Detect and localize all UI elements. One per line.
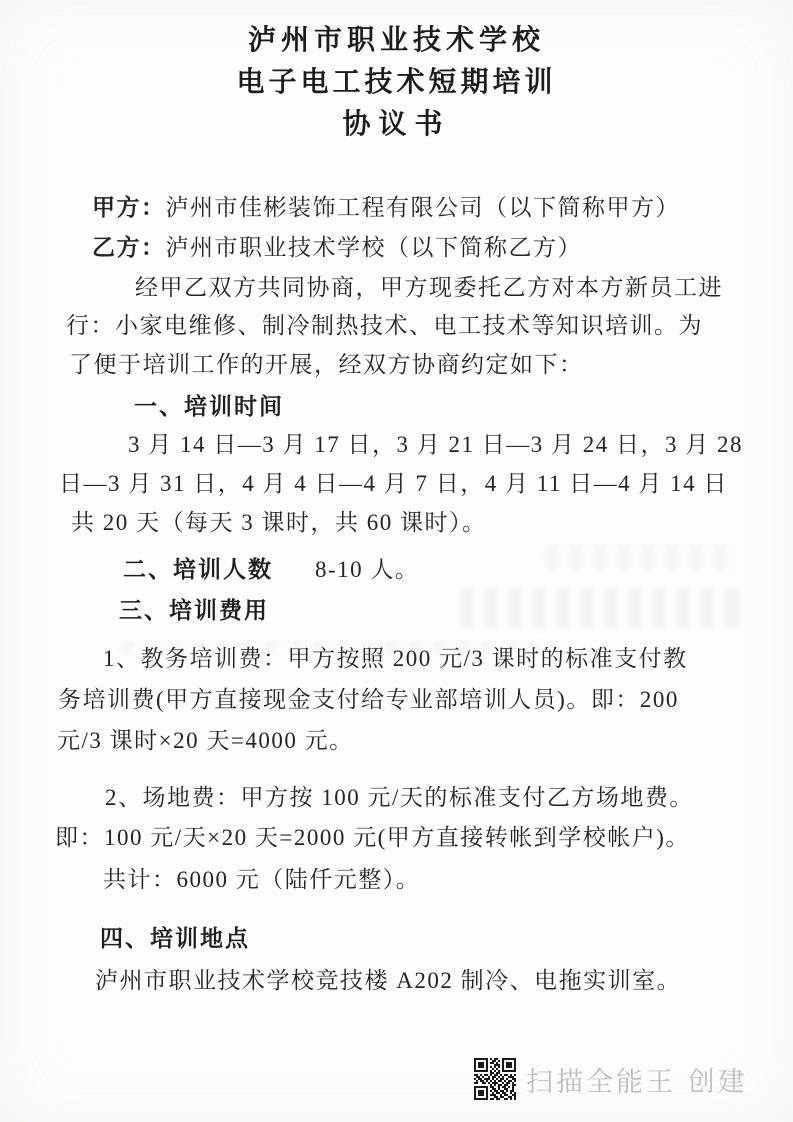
intro-line-3: 了便于培训工作的开展，经双方协商约定如下： xyxy=(69,350,584,380)
title-line-1: 泸州市职业技术学校 xyxy=(0,26,793,56)
watermark-label: 扫描全能王 创建 xyxy=(526,1060,748,1099)
section-3-heading: 三、培训费用 xyxy=(119,596,269,626)
intro-line-2: 行：小家电维修、制冷制热技术、电工技术等知识培训。为 xyxy=(66,311,703,341)
party-a-label: 甲方： xyxy=(92,195,166,220)
party-b-row: 乙方：泸州市职业技术学校（以下简称乙方） xyxy=(92,233,582,263)
party-b-label: 乙方： xyxy=(92,235,166,260)
title-line-2: 电子电工技术短期培训 xyxy=(0,68,793,98)
section-2-value: 8-10 人。 xyxy=(315,557,419,582)
intro-line-1: 经甲乙双方共同协商，甲方现委托乙方对本方新员工进 xyxy=(135,273,723,303)
section-1-line-2: 日—3 月 31 日，4 月 4 日—4 月 7 日，4 月 11 日—4 月 … xyxy=(59,469,728,499)
fee-total-line: 共计：6000 元（陆仟元整）。 xyxy=(103,865,420,895)
section-2-heading: 二、培训人数 xyxy=(123,557,273,582)
section-1-heading: 一、培训时间 xyxy=(134,392,284,422)
fee-item-1-line-3: 元/3 课时×20 天=4000 元。 xyxy=(57,726,354,756)
section-2-heading-row: 二、培训人数8-10 人。 xyxy=(123,555,419,585)
training-location-line: 泸州市职业技术学校竞技楼 A202 制冷、电拖实训室。 xyxy=(95,966,681,996)
scan-bleed-artifact xyxy=(120,640,540,654)
fee-item-1-line-2: 务培训费(甲方直接现金支付给专业部培训人员)。即：200 xyxy=(58,685,679,715)
fee-item-2-line-1: 2、场地费：甲方按 100 元/天的标准支付乙方场地费。 xyxy=(105,783,694,813)
title-line-3: 协议书 xyxy=(0,110,793,140)
party-b-name: 泸州市职业技术学校（以下简称乙方） xyxy=(166,235,583,260)
party-a-row: 甲方：泸州市佳彬装饰工程有限公司（以下简称甲方） xyxy=(92,193,680,223)
scanned-agreement-page: 泸州市职业技术学校 电子电工技术短期培训 协议书 甲方：泸州市佳彬装饰工程有限公… xyxy=(0,0,793,1122)
scanner-watermark: 扫描全能王 创建 xyxy=(474,1058,748,1100)
section-4-heading: 四、培训地点 xyxy=(100,924,250,954)
scan-bleed-artifact xyxy=(545,545,735,571)
fee-item-2-line-2: 即：100 元/天×20 天=2000 元(甲方直接转帐到学校帐户)。 xyxy=(55,823,690,853)
qr-code-icon xyxy=(474,1058,516,1100)
party-a-name: 泸州市佳彬装饰工程有限公司（以下简称甲方） xyxy=(166,195,681,220)
section-1-line-1: 3 月 14 日—3 月 17 日，3 月 21 日—3 月 24 日，3 月 … xyxy=(128,430,743,460)
scan-bleed-artifact xyxy=(460,588,740,628)
section-1-line-3: 共 20 天（每天 3 课时，共 60 课时）。 xyxy=(71,508,487,538)
